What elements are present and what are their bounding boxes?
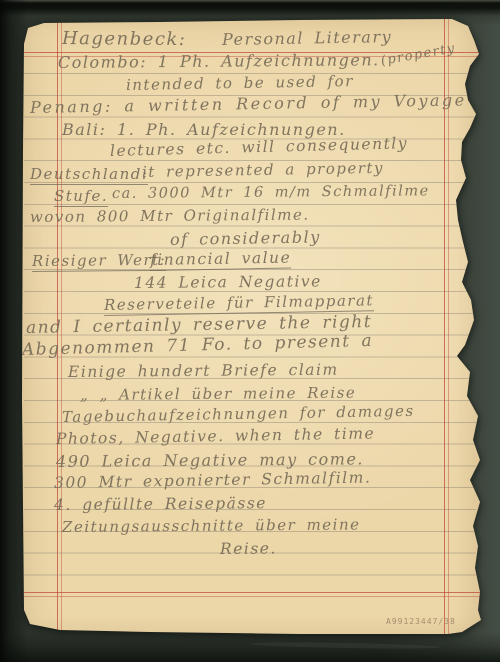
catalog-stamp: A99123447/38	[386, 617, 456, 626]
handwritten-line: Stufe.	[54, 187, 108, 207]
heading-personal-literary: Personal Literary	[222, 27, 392, 49]
bottom-footer-line-2	[22, 596, 480, 597]
heading-hagenbeck: Hagenbeck:	[62, 28, 187, 50]
handwritten-line: Colombo: 1 Ph. Aufzeichnungen.	[58, 50, 380, 72]
handwritten-line: Zeitungsausschnitte über meine	[62, 515, 361, 536]
notebook-page: Hagenbeck: Personal Literary Colombo: 1 …	[0, 0, 500, 662]
handwritten-line: ca. 3000 Mtr 16 m/m Schmalfilme	[112, 183, 430, 202]
handwritten-line: of considerably	[170, 227, 321, 249]
handwritten-line: Deutschland:	[30, 165, 148, 185]
handwritten-line: 490 Leica Negative may come.	[56, 449, 364, 471]
handwritten-line: Einige hundert Briefe claim	[68, 361, 339, 381]
handwritten-line: Reise.	[220, 540, 277, 558]
handwritten-line: 4. gefüllte Reisepässe	[54, 494, 267, 514]
handwritten-line: financial value	[150, 249, 292, 271]
handwritten-line: 144 Leica Negative	[134, 272, 322, 292]
right-margin-line-outer	[444, 19, 445, 634]
paper-shadow: Hagenbeck: Personal Literary Colombo: 1 …	[0, 0, 500, 662]
scan-background: Hagenbeck: Personal Literary Colombo: 1 …	[0, 0, 500, 662]
right-margin-line-inner	[448, 19, 449, 634]
handwritten-line: wovon 800 Mtr Originalfilme.	[30, 206, 310, 226]
bottom-footer-line-1	[22, 592, 480, 593]
handwritten-line: Riesiger Wert:	[32, 251, 166, 272]
handwritten-line: „ „ Artikel über meine Reise	[80, 384, 356, 404]
